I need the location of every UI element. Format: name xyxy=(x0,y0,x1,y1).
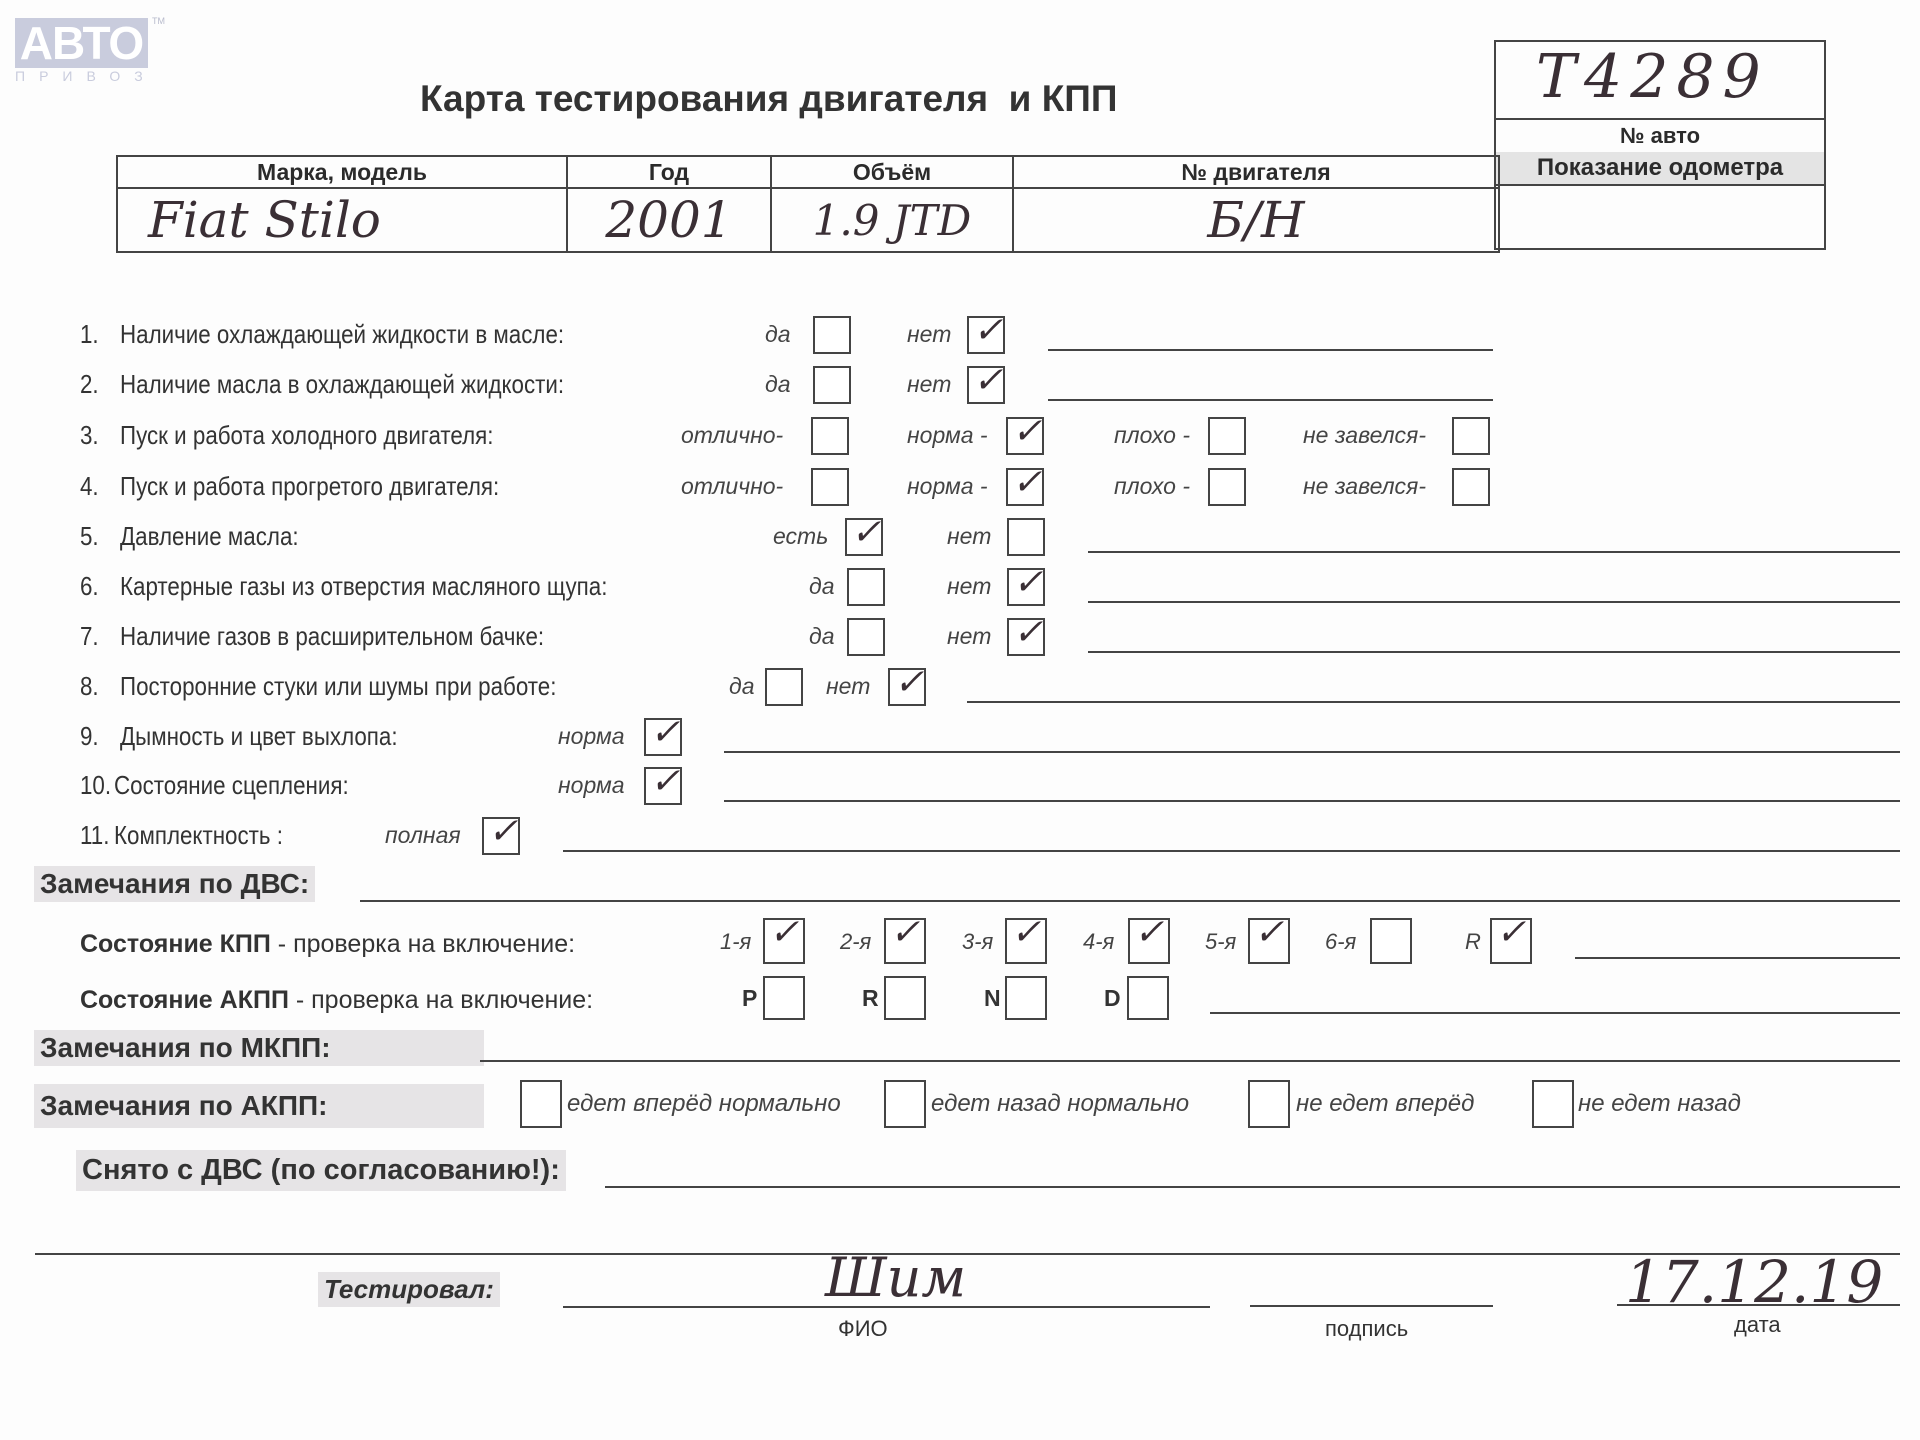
vehicle-info-table: Марка, модель Год Объём № двигателя Fiat… xyxy=(116,155,1500,253)
option-checkbox[interactable] xyxy=(482,817,520,855)
comment-line[interactable] xyxy=(724,800,1900,802)
volume-value[interactable]: 1.9 JTD xyxy=(771,188,1013,252)
question-text: Состояние сцепления: xyxy=(114,770,349,801)
col-header-make-model: Марка, модель xyxy=(117,156,567,188)
option-checkbox[interactable] xyxy=(644,718,682,756)
option-label: норма - xyxy=(907,422,988,449)
gear-label: 3-я xyxy=(962,929,993,955)
option-label: нет xyxy=(947,623,991,650)
gear-checkbox[interactable] xyxy=(1128,918,1170,964)
option-label: норма xyxy=(558,723,625,750)
question-number: 11. xyxy=(80,820,109,851)
gear-checkbox[interactable] xyxy=(1490,918,1532,964)
comment-line[interactable] xyxy=(1048,349,1493,351)
auto-gearbox-line[interactable] xyxy=(1210,1012,1900,1014)
question-number: 7. xyxy=(80,621,99,652)
option-label: норма - xyxy=(907,473,988,500)
option-checkbox[interactable] xyxy=(1452,468,1490,506)
gear-checkbox[interactable] xyxy=(1370,918,1412,964)
auto-position-label: N xyxy=(984,985,1001,1012)
comment-line[interactable] xyxy=(1088,651,1900,653)
signature-caption: подпись xyxy=(1325,1316,1408,1342)
comment-line[interactable] xyxy=(1088,551,1900,553)
auto-remark-checkbox[interactable] xyxy=(520,1080,562,1128)
option-checkbox[interactable] xyxy=(813,316,851,354)
question-text: Наличие охлаждающей жидкости в масле: xyxy=(120,319,564,350)
removed-from-engine-label: Снято с ДВС (по согласованию!): xyxy=(76,1150,566,1191)
auto-position-checkbox[interactable] xyxy=(884,976,926,1020)
question-text: Картерные газы из отверстия масляного щу… xyxy=(120,571,607,602)
footer-divider xyxy=(35,1253,1900,1255)
auto-remark-checkbox[interactable] xyxy=(1248,1080,1290,1128)
date-value[interactable]: 17.12.19 xyxy=(1625,1248,1883,1316)
option-label: нет xyxy=(826,673,870,700)
option-checkbox[interactable] xyxy=(847,568,885,606)
manual-gearbox-label-rest: - проверка на включение: xyxy=(271,930,575,958)
option-checkbox[interactable] xyxy=(1208,468,1246,506)
auto-position-checkbox[interactable] xyxy=(1127,976,1169,1020)
option-checkbox[interactable] xyxy=(1452,417,1490,455)
tester-name-value[interactable]: Шим xyxy=(825,1246,966,1309)
engine-number-value[interactable]: Б/Н xyxy=(1013,188,1499,252)
option-label: да xyxy=(765,321,791,348)
question-text: Наличие газов в расширительном бачке: xyxy=(120,621,544,652)
option-label: отлично- xyxy=(681,473,783,500)
auto-position-label: D xyxy=(1104,985,1121,1012)
option-checkbox[interactable] xyxy=(845,518,883,556)
auto-gearbox-label-bold: Состояние АКПП xyxy=(80,986,289,1014)
auto-gearbox-label-rest: - проверка на включение: xyxy=(289,986,593,1014)
auto-remark-label: не едет назад xyxy=(1578,1090,1741,1118)
question-number: 9. xyxy=(80,721,99,752)
auto-position-checkbox[interactable] xyxy=(1005,976,1047,1020)
option-label: полная xyxy=(385,822,461,849)
option-label: плохо - xyxy=(1114,473,1190,500)
remarks-auto-label: Замечания по АКПП: xyxy=(34,1084,484,1128)
question-text: Наличие масла в охлаждающей жидкости: xyxy=(120,369,564,400)
make-model-value[interactable]: Fiat Stilo xyxy=(117,188,567,252)
option-label: да xyxy=(765,371,791,398)
date-caption: дата xyxy=(1734,1312,1781,1338)
gear-checkbox[interactable] xyxy=(763,918,805,964)
option-label: нет xyxy=(907,371,951,398)
question-number: 5. xyxy=(80,521,99,552)
option-checkbox[interactable] xyxy=(1208,417,1246,455)
comment-line[interactable] xyxy=(1088,601,1900,603)
manual-gearbox-line[interactable] xyxy=(1575,957,1900,959)
question-text: Комплектность : xyxy=(114,820,283,851)
question-text: Пуск и работа холодного двигателя: xyxy=(120,420,493,451)
page-title: Карта тестирования двигателя и КПП xyxy=(420,78,1117,120)
odometer-label: Показание одометра xyxy=(1496,152,1824,186)
year-value[interactable]: 2001 xyxy=(567,188,771,252)
comment-line[interactable] xyxy=(1048,399,1493,401)
option-checkbox[interactable] xyxy=(644,767,682,805)
gear-label: 2-я xyxy=(840,929,871,955)
option-label: есть xyxy=(773,523,828,550)
vehicle-number-value[interactable]: T4289 xyxy=(1536,42,1769,112)
vehicle-number-label: № авто xyxy=(1496,118,1824,154)
option-checkbox[interactable] xyxy=(813,366,851,404)
option-checkbox[interactable] xyxy=(811,417,849,455)
option-checkbox[interactable] xyxy=(847,618,885,656)
question-number: 10. xyxy=(80,770,111,801)
remarks-manual-label: Замечания по МКПП: xyxy=(34,1030,484,1066)
question-number: 6. xyxy=(80,571,99,602)
option-label: норма xyxy=(558,772,625,799)
question-number: 1. xyxy=(80,319,99,350)
question-text: Пуск и работа прогретого двигателя: xyxy=(120,471,499,502)
col-header-volume: Объём xyxy=(771,156,1013,188)
comment-line[interactable] xyxy=(724,751,1900,753)
option-checkbox[interactable] xyxy=(1007,618,1045,656)
trademark-mark: TM xyxy=(152,16,165,26)
option-checkbox[interactable] xyxy=(1007,568,1045,606)
auto-remark-label: едет назад нормально xyxy=(931,1090,1189,1118)
option-checkbox[interactable] xyxy=(765,668,803,706)
option-checkbox[interactable] xyxy=(967,366,1005,404)
option-label: да xyxy=(809,573,835,600)
gear-checkbox[interactable] xyxy=(1248,918,1290,964)
remarks-engine-label: Замечания по ДВС: xyxy=(34,866,315,902)
option-checkbox[interactable] xyxy=(1006,417,1044,455)
auto-remark-checkbox[interactable] xyxy=(1532,1080,1574,1128)
auto-gearbox-label: Состояние АКПП - проверка на включение: xyxy=(80,986,593,1015)
remarks-engine-line[interactable] xyxy=(360,900,1900,902)
option-label: плохо - xyxy=(1114,422,1190,449)
gear-checkbox[interactable] xyxy=(1005,918,1047,964)
signature-line[interactable] xyxy=(1250,1305,1493,1307)
logo-subtitle: ПРИВОЗ xyxy=(15,68,155,84)
auto-position-label: R xyxy=(862,985,879,1012)
option-label: отлично- xyxy=(681,422,783,449)
question-text: Давление масла: xyxy=(120,521,299,552)
col-header-engine-no: № двигателя xyxy=(1013,156,1499,188)
tested-by-label: Тестировал: xyxy=(318,1272,500,1307)
col-header-year: Год xyxy=(567,156,771,188)
auto-remark-checkbox[interactable] xyxy=(884,1080,926,1128)
option-label: нет xyxy=(947,523,991,550)
option-checkbox[interactable] xyxy=(888,668,926,706)
auto-remark-label: не едет вперёд xyxy=(1296,1090,1474,1118)
gear-label: 6-я xyxy=(1325,929,1356,955)
gear-label: R xyxy=(1465,929,1481,955)
option-checkbox[interactable] xyxy=(811,468,849,506)
comment-line[interactable] xyxy=(563,850,1900,852)
question-number: 8. xyxy=(80,671,99,702)
removed-line[interactable] xyxy=(605,1186,1900,1188)
gear-label: 5-я xyxy=(1205,929,1236,955)
option-label: да xyxy=(809,623,835,650)
odometer-value[interactable] xyxy=(1494,184,1822,246)
option-label: нет xyxy=(907,321,951,348)
comment-line[interactable] xyxy=(967,701,1900,703)
auto-position-label: P xyxy=(742,985,757,1012)
name-caption: ФИО xyxy=(838,1316,888,1342)
gear-label: 1-я xyxy=(720,929,751,955)
gear-checkbox[interactable] xyxy=(884,918,926,964)
question-number: 3. xyxy=(80,420,99,451)
question-text: Посторонние стуки или шумы при работе: xyxy=(120,671,556,702)
option-checkbox[interactable] xyxy=(1006,468,1044,506)
question-number: 2. xyxy=(80,369,99,400)
question-number: 4. xyxy=(80,471,99,502)
option-label: не завелся- xyxy=(1303,422,1426,449)
auto-remark-label: едет вперёд нормально xyxy=(567,1090,841,1118)
option-label: не завелся- xyxy=(1303,473,1426,500)
question-text: Дымность и цвет выхлопа: xyxy=(120,721,398,752)
manual-gearbox-label: Состояние КПП - проверка на включение: xyxy=(80,930,575,959)
option-checkbox[interactable] xyxy=(1007,518,1045,556)
option-label: нет xyxy=(947,573,991,600)
option-label: да xyxy=(729,673,755,700)
gear-label: 4-я xyxy=(1083,929,1114,955)
avto-privoz-logo: АВТО xyxy=(15,18,148,68)
manual-gearbox-label-bold: Состояние КПП xyxy=(80,930,271,958)
auto-position-checkbox[interactable] xyxy=(763,976,805,1020)
remarks-manual-line[interactable] xyxy=(480,1060,1900,1062)
option-checkbox[interactable] xyxy=(967,316,1005,354)
